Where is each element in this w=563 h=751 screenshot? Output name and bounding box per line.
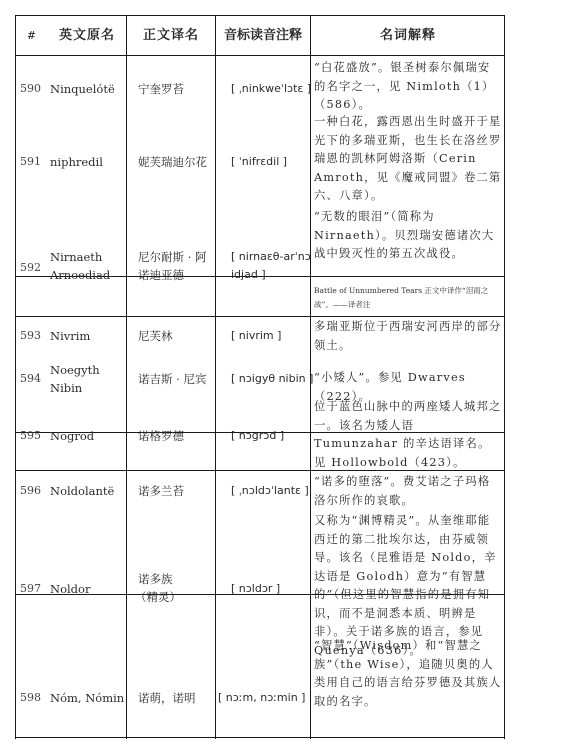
explanation: 多瑞亚斯位于西瑞安河西岸的部分领土。 <box>314 318 502 355</box>
english-name-line1: Nirnaeth <box>50 248 102 266</box>
english-name: Nivrim <box>50 327 90 345</box>
english-name: Nóm, Nómin <box>50 689 124 707</box>
phonetic-line2: idjad ] <box>231 266 266 284</box>
translator-note: Battle of Unnumbered Tears 正文中译作“泪雨之战”。—… <box>314 284 502 312</box>
translated-name: 妮芙瑞迪尔花 <box>138 153 207 171</box>
phonetic: [ ˈnifrɛdil ] <box>231 153 287 171</box>
table-border-right <box>504 15 505 739</box>
column-divider <box>126 15 127 739</box>
row-num: 591 <box>20 153 41 171</box>
header-phonetic: 音标读音注释 <box>216 16 310 56</box>
phonetic: [ ˌnɔldɔˈlantɛ ] <box>231 482 309 500</box>
translated-name: 诺格罗德 <box>138 427 184 445</box>
header-english: 英文原名 <box>48 16 126 56</box>
row-num: 590 <box>20 80 41 98</box>
explanation: “诺多的堕落”。费艾诺之子玛格洛尔所作的哀歌。 <box>314 473 502 510</box>
row-num: 597 <box>20 580 41 598</box>
phonetic: [ nivrim ] <box>231 327 281 345</box>
explanation: 一种白花，露西恩出生时盛开于星光下的多瑞亚斯，也生长在洛丝罗瑞恩的凯林阿姆洛斯（… <box>314 113 502 206</box>
table-border-left <box>15 15 16 739</box>
english-name: Ninquelótë <box>50 80 115 98</box>
english-name-line2: Arnoediad <box>50 266 110 284</box>
translated-name-line1: 尼尔耐斯 · 阿 <box>138 248 206 266</box>
translated-name: 诺多兰苔 <box>138 482 184 500</box>
header-explanation: 名词解释 <box>311 16 505 56</box>
english-name: Noldolantë <box>50 482 114 500</box>
explanation: 位于蓝色山脉中的两座矮人城邦之一。该名为矮人语 Tumunzahar 的辛达语译… <box>314 398 502 472</box>
translated-name: 诺萌，诺明 <box>138 689 196 707</box>
explanation: “无数的眼泪”（简称为 Nirnaeth）。贝烈瑞安德诸次大战中毁灭性的第五次战… <box>314 208 502 264</box>
phonetic-line1: [ nirnaɛθ-arˈnɔ <box>231 248 311 266</box>
english-name: Noldor <box>50 580 90 598</box>
translated-name-line2: （精灵） <box>135 588 181 606</box>
english-name: niphredil <box>50 153 103 171</box>
row-num: 593 <box>20 327 41 345</box>
column-divider <box>215 15 216 739</box>
row-divider <box>15 316 505 317</box>
translated-name: 诺吉斯 · 尼宾 <box>138 370 206 388</box>
table-border-bottom <box>15 737 505 738</box>
explanation: “智慧”（Wisdom）和“智慧之族”（the Wise），追随贝奥的人类用自己… <box>314 637 502 711</box>
row-num: 592 <box>20 259 41 277</box>
header-translation: 正文译名 <box>127 16 215 56</box>
row-num: 596 <box>20 482 41 500</box>
phonetic: [ nɔgrɔd ] <box>231 427 284 445</box>
header-num: # <box>18 16 46 56</box>
row-num: 598 <box>20 689 41 707</box>
phonetic: [ nɔigyθ nibin ] <box>231 370 313 388</box>
phonetic: [ nɔldɔr ] <box>231 580 280 598</box>
english-name-line2: Nibin <box>50 379 82 397</box>
row-num: 594 <box>20 370 41 388</box>
translated-name: 宁奎罗苔 <box>138 80 184 98</box>
translated-name-line1: 诺多族 <box>138 570 173 588</box>
english-name-line1: Noegyth <box>50 361 100 379</box>
translated-name: 尼芙林 <box>138 327 173 345</box>
explanation: “白花盛放”。银圣树泰尔佩瑞安的名字之一，见 Nimloth（1）（586）。 <box>314 59 502 115</box>
translated-name-line2: 诺迪亚德 <box>138 266 184 284</box>
row-num: 595 <box>20 427 41 445</box>
phonetic: [ nɔːm, nɔːmin ] <box>218 689 305 707</box>
english-name: Nogrod <box>50 427 94 445</box>
phonetic: [ ˌninkweˈlɔtɛ ] <box>231 80 311 98</box>
